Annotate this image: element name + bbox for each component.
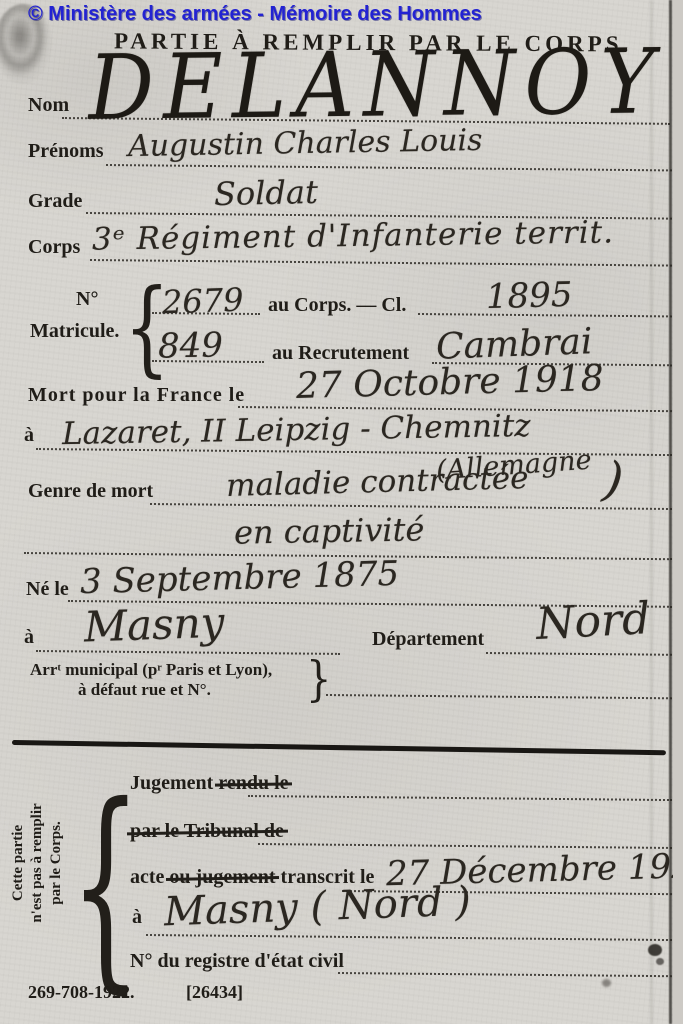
footer-code: 269-708-1922. <box>28 982 135 1003</box>
section-separator <box>12 740 666 755</box>
arrondissement-line <box>326 694 672 699</box>
departement-label: Département <box>372 628 484 651</box>
ink-spot-2 <box>656 958 664 965</box>
site-watermark: © Ministère des armées - Mémoire des Hom… <box>28 3 482 26</box>
grade-value: Soldat <box>214 173 319 213</box>
arrondissement-label-line2: à défaut rue et N°. <box>78 680 211 700</box>
ne-le-label: Né le <box>26 578 69 601</box>
fold-crease <box>650 0 653 1024</box>
jugement-line-label: Jugement rendu le <box>130 772 289 795</box>
matricule-label: Matricule. <box>30 320 119 343</box>
nom-value: DELANNOY <box>88 29 664 140</box>
genre-mort-label: Genre de mort <box>28 480 153 503</box>
corps-value: 3ᵉ Régiment d'Infanterie territ. <box>92 214 614 257</box>
lieu-mort-value: Lazaret, II Leipzig - Chemnitz <box>62 408 531 452</box>
mort-label: Mort pour la France le <box>28 384 245 407</box>
matricule-corps-value: 2679 <box>161 281 244 322</box>
arrondissement-label-line1: Arrᵗ municipal (pʳ Paris et Lyon), <box>30 660 272 680</box>
departement-line <box>486 652 672 656</box>
corps-label: Corps <box>28 236 80 259</box>
page-edge-line <box>669 0 672 1024</box>
genre-mort-line <box>150 503 672 510</box>
naissance-label: à <box>24 626 34 649</box>
transcrit-lieu-value: Masny ( Nord ) <box>163 879 471 936</box>
au-corps-label: au Corps. — Cl. <box>268 294 406 317</box>
transcrit-lieu-line <box>146 934 672 941</box>
lieu-mort-label: à <box>24 424 34 447</box>
registre-line <box>338 972 672 977</box>
genre-mort-value: maladie contractée <box>226 460 529 504</box>
au-recrutement-label: au Recrutement <box>272 342 409 365</box>
arrondissement-brace: } <box>306 652 331 707</box>
jugement-struck-text: rendu le <box>218 772 288 794</box>
prenoms-line <box>106 164 672 171</box>
footer-ref: [26434] <box>186 982 243 1003</box>
sidebar-note-line1: Cette partie <box>9 757 28 969</box>
nom-label: Nom <box>28 94 69 117</box>
ink-spot-1 <box>648 944 662 956</box>
departement-value: Nord <box>535 593 652 650</box>
sidebar-note-line2: n'est pas à remplir <box>28 757 47 969</box>
grade-label: Grade <box>28 190 82 213</box>
transcrit-lieu-label: à <box>132 906 142 929</box>
ne-le-value: 3 Septembre 1875 <box>80 554 400 602</box>
lieu-mort-annotation-close: ) <box>600 451 626 509</box>
record-card: © Ministère des armées - Mémoire des Hom… <box>0 0 683 1024</box>
ink-spot-3 <box>602 979 611 987</box>
sidebar-note-line3: par le Corps. <box>47 757 66 969</box>
jugement-line <box>248 795 672 801</box>
naissance-line <box>36 650 340 655</box>
classe-value: 1895 <box>485 275 573 317</box>
tribunal-line-label: par le Tribunal de <box>130 820 284 843</box>
genre-mort-value2: en captivité <box>234 510 425 551</box>
jugement-prefix: Jugement <box>130 772 218 794</box>
page-edge-margin <box>673 0 683 1024</box>
prenoms-value: Augustin Charles Louis <box>128 123 483 164</box>
prenoms-label: Prénoms <box>28 140 104 163</box>
matricule-no-label: N° <box>76 288 98 311</box>
transcrit-struck-text: ou jugement <box>169 866 275 888</box>
tribunal-struck-text: par le Tribunal de <box>130 820 284 842</box>
mort-value: 27 Octobre 1918 <box>296 358 605 407</box>
sidebar-note: Cette partie n'est pas à remplir par le … <box>9 757 71 969</box>
corps-line <box>90 259 672 267</box>
naissance-value: Masny <box>83 598 225 652</box>
transcrit-prefix: acte <box>130 866 169 888</box>
registre-label: N° du registre d'état civil <box>130 950 344 973</box>
